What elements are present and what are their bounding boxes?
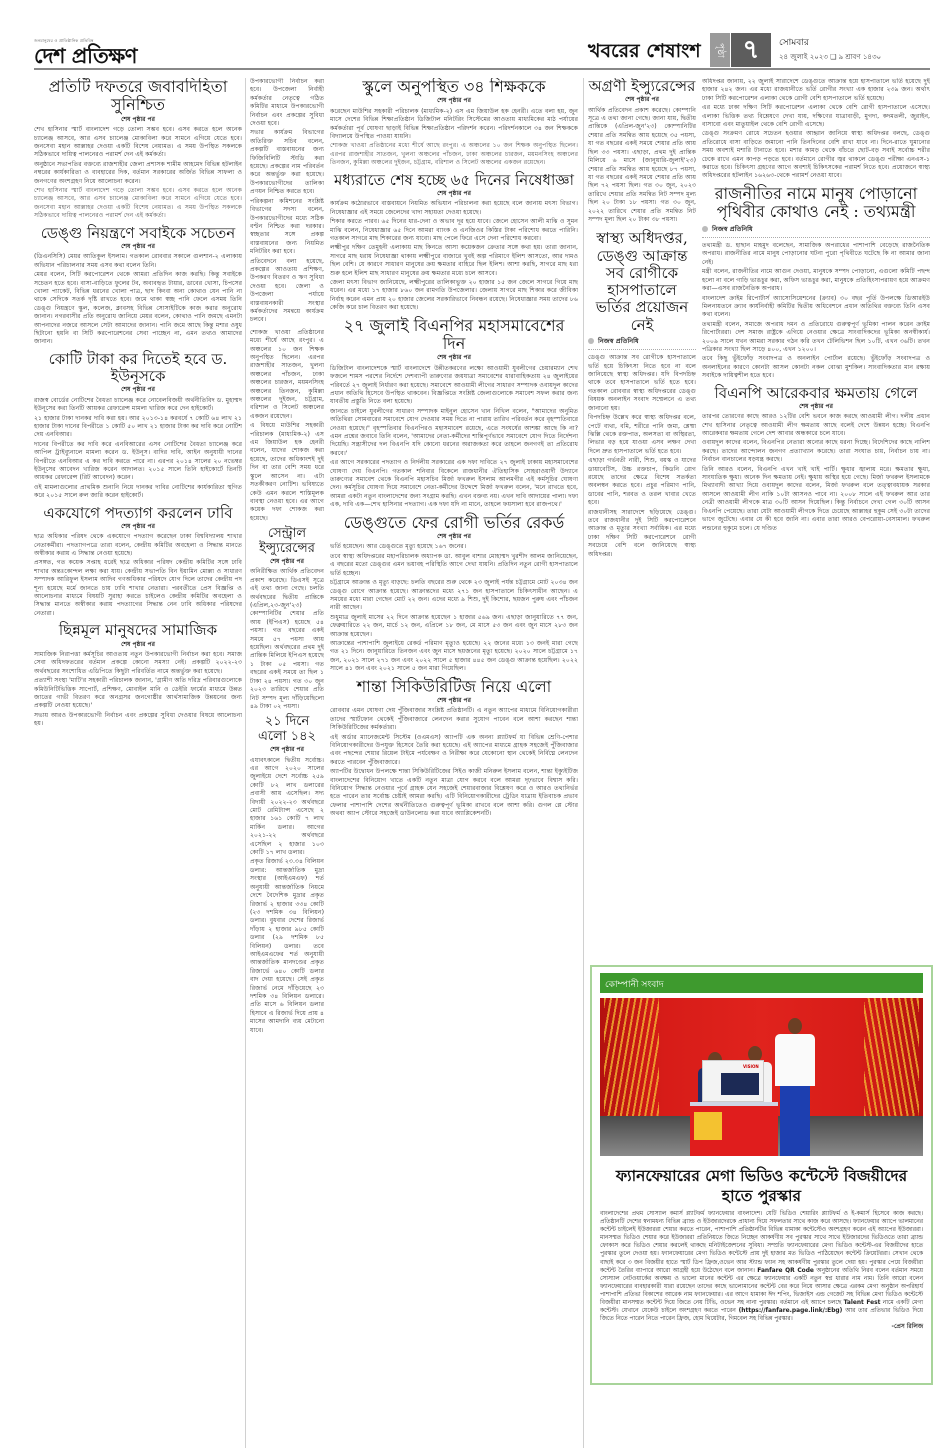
- issue-date: ২৪ জুলাই ২০২৩ ❑ ৯ শ্রাবণ ১৪৩০: [779, 51, 881, 63]
- paragraph: এযাবৎকালে দ্বিতীয় সর্বোচ্চ। এর আগে ২০২০…: [250, 757, 324, 858]
- column-divider: [583, 78, 584, 1448]
- newspaper-logo[interactable]: দেশ প্রতিক্ষণ: [34, 45, 334, 67]
- headline[interactable]: ২৭ জুলাই বিএনপির মহাসমাবেশের দিন: [330, 317, 578, 354]
- continued-label: শেষ পৃষ্ঠার পর: [330, 354, 578, 362]
- award-photo[interactable]: VISION: [600, 998, 923, 1156]
- headline[interactable]: শান্তা সিকিউরিটিজ নিয়ে এলো: [330, 678, 578, 696]
- oven-box: VISION: [702, 1060, 764, 1102]
- paragraph: শোকজ খাওয়া প্রতিষ্ঠানের মধ্যে শীর্ষে আছ…: [330, 142, 578, 167]
- article-bnp-power: বিএনপি আরেকবার ক্ষমতায় গেলে শেষ পৃষ্ঠার…: [702, 385, 930, 533]
- headline[interactable]: সেন্ট্রাল ইন্স্যুরেন্সের: [250, 527, 324, 557]
- paragraph: বাংলাদেশ ক্রাইম রিপোর্টার্স অ্যাসোসিয়েশ…: [702, 295, 930, 320]
- header-rule: [34, 68, 930, 70]
- paragraph: তারপর তোরণের কাছে আরও ১২টির বেশি ভবনে কা…: [702, 413, 930, 438]
- paragraph: ডেঙ্গু আক্রান্ত সব রোগীকে হাসপাতালে ভর্ত…: [588, 354, 696, 413]
- contest-link[interactable]: (https://fanfare.page.link/:Ebg): [739, 1308, 843, 1314]
- paragraph: করেছেন মাউশির সহকারী পরিচালক (মাধ্যমিক-২…: [330, 108, 578, 142]
- headline[interactable]: ২১ দিনে এলো ১৪২: [250, 715, 324, 745]
- article-shanta: শান্তা সিকিউরিটিজ নিয়ে এলো শেষ পৃষ্ঠার …: [330, 678, 578, 819]
- page-number: ৭: [731, 33, 771, 67]
- paragraph: সভার কার্যক্রম বিভাগের অতিরিক্ত সচিব বলে…: [250, 129, 324, 196]
- paragraph: আর্থিক প্রতিবেদন প্রকাশ করেছে। কোম্পানি …: [588, 107, 696, 225]
- continued-label: শেষ পৃষ্ঠার পর: [250, 558, 324, 566]
- paragraph: অনিরীক্ষিত আর্থিক প্রতিবেদন প্রকাশ করেছে…: [250, 568, 324, 711]
- paragraph: ছাত্র অধিকার পরিষদ থেকে একযোগে পদত্যাগ ক…: [34, 533, 242, 558]
- headline[interactable]: কোটি টাকা কর দিতেই হবে ড. ইউনূসকে: [34, 351, 242, 386]
- paragraph: তথ্যমন্ত্রী ড. হাছান মাহমুদ বলেছেন, সামা…: [702, 242, 930, 267]
- paragraph: উপকারভোগী নির্বাচন করা হবে। উপজেলা নির্ব…: [250, 78, 324, 128]
- column-divider: [245, 78, 246, 1448]
- article-dhabi: একযোগে পদত্যাগ করলেন ঢাবি শেষ পৃষ্ঠার পর…: [34, 505, 242, 619]
- paragraph: মন্ত্রী বলেন, রাজনীতির নামে আগুন দেওয়া,…: [702, 268, 930, 293]
- article-hilsa: মধ্যরাতে শেষ হচ্ছে ৬৫ দিনের নিষেধাজ্ঞা শ…: [330, 172, 578, 313]
- paragraph: কার্যক্রম কঠোরভাবে বাস্তবায়নে নিয়মিত অ…: [330, 200, 578, 217]
- continued-label: শেষ পৃষ্ঠার পর: [34, 523, 242, 531]
- decor-stripes: [864, 998, 919, 1116]
- headline[interactable]: একযোগে পদত্যাগ করলেন ঢাবি: [34, 505, 242, 522]
- press-credit: -প্রেস রিলিজ: [600, 1323, 923, 1331]
- paragraph: অ্যাপটির উদ্বোধন উপলক্ষে শান্তা সিকিউরিট…: [330, 768, 578, 818]
- paragraph: ডিজিটাল বাংলাদেশকে স্মার্ট বাংলাদেশে উন্…: [330, 365, 578, 407]
- paragraph: ওই মামলাগুলোর প্রাথমিক শুনানি নিয়ে দানক…: [34, 484, 242, 501]
- company-news-box: কোম্পানী সংবাদ VISION: [590, 965, 933, 1385]
- paragraph: শুধুমাত্র জুলাই মাসের ২২ দিনে আক্রান্ত হ…: [330, 614, 578, 639]
- article-dengue-sachetan: ডেঙ্গু নিয়ন্ত্রণে সবাইকে সচেতন শেষ পৃষ্…: [34, 225, 242, 347]
- paragraph: চট্টগ্রামে আক্রান্ত ও মৃত্যু বাড়ছে: চলত…: [330, 579, 578, 613]
- paragraph: এছাড়া গর্ভবতী নারী, শিশু, বয়স্ক ও যাদে…: [588, 457, 696, 507]
- article-body: বাংলাদেশের প্রথম সোস্যাল কমার্স প্ল্যাটফ…: [600, 1210, 923, 1331]
- paragraph: তথ্যমন্ত্রী বলেন, সমাজে অপরাধ দমন ও প্রত…: [702, 321, 930, 355]
- headline[interactable]: ছিন্নমূল মানুষদের সামাজিক: [34, 622, 242, 639]
- section-title: খবরের শেষাংশ: [588, 37, 701, 69]
- newspaper-page: জনমানুষের ও প্রাতিষ্ঠানিক প্রতিবিম্ব দেশ…: [0, 0, 945, 1452]
- paragraph: (ডিএনসিসি) মেয়র আতিকুল ইসলাম। গতকাল রোব…: [34, 253, 242, 270]
- column-4: অগ্রণী ইন্স্যুরেন্সের শেষ পৃষ্ঠার পর আর্…: [588, 78, 696, 958]
- paragraph: মেয়র বলেন, সিটি করপোরেশন থেকে আমরা প্রত…: [34, 271, 242, 347]
- masthead: জনমানুষের ও প্রাতিষ্ঠানিক প্রতিবিম্ব দেশ…: [34, 38, 334, 68]
- bullet-icon: [702, 226, 708, 232]
- article-remittance: ২১ দিনে এলো ১৪২ শেষ পৃষ্ঠার পর এযাবৎকালে…: [250, 715, 324, 1035]
- person-3: [775, 1018, 815, 1156]
- paragraph: রোববার এমন ঘোষণা দেয় পুঁজিবাজার সংশ্লিষ…: [330, 707, 578, 732]
- continued-label: শেষ পৃষ্ঠার পর: [330, 97, 578, 105]
- paragraph: তবে কিছু ভুঁইফোঁড় সংবাদপত্র ও অনলাইন পো…: [702, 355, 930, 380]
- paragraph: তিনি আরও বলেন, বিএনপি এখন খাই খাই পার্টি…: [702, 466, 930, 533]
- issue-day: সোমবার: [779, 35, 809, 50]
- paragraph: প্রতিবেদনে বলা হয়েছে, প্রকল্পের আওতায় …: [250, 258, 324, 325]
- paragraph: ওবায়দুল কাদের বলেন, বিএনপির নেতারা অন্য…: [702, 439, 930, 464]
- paragraph: ভর্তি হয়েছেন। আর ডেঙ্গুতে মৃত্যু হয়েছে…: [330, 543, 578, 551]
- article-school-continued: শোকজ খাওয়া প্রতিষ্ঠানের মধ্যে শীর্ষে আছ…: [250, 329, 324, 523]
- paragraph: অধিদপ্তর জানায়, ২২ জুলাই সারাদেশে ডেঙ্গ…: [702, 78, 930, 103]
- paragraph: প্রত্যাশী সংস্থা 'মাটি'র সহকারী পরিচালক …: [34, 677, 242, 711]
- headline[interactable]: মধ্যরাতে শেষ হচ্ছে ৬৫ দিনের নিষেধাজ্ঞা: [330, 172, 578, 189]
- paragraph: ২১ হাজার টাকা দানকর দাবি করা হয়। আর ২০১…: [34, 415, 242, 440]
- paragraph: শোকজ খাওয়া প্রতিষ্ঠানের মধ্যে শীর্ষে আছ…: [250, 329, 324, 421]
- paragraph: শেখ হাসিনার স্মার্ট বাংলাদেশ গড়ে তোলা স…: [34, 187, 242, 221]
- article-agrani: অগ্রণী ইন্স্যুরেন্সের শেষ পৃষ্ঠার পর আর্…: [588, 78, 696, 224]
- paragraph: প্রকৃত রিজার্ভ ২৩.৩৪ বিলিয়ন ডলার: আন্তর…: [250, 858, 324, 1035]
- column-2: উপকারভোগী নির্বাচন করা হবে। উপজেলা নির্ব…: [250, 78, 324, 1448]
- article-chhinnomul: ছিন্নমূল মানুষদের সামাজিক শেষ পৃষ্ঠার পর…: [34, 622, 242, 728]
- paragraph: সভায় আরও উপকারভোগী নির্বাচন এবং প্রকল্প…: [34, 712, 242, 729]
- continued-label: শেষ পৃষ্ঠার পর: [588, 96, 696, 104]
- paragraph: এ বিষয়ে মাউশির সহকারী পরিচালক (মাধ্যমিক…: [250, 422, 324, 523]
- article-health-dept: স্বাস্থ্য অধিদপ্তর, ডেঙ্গু আক্রান্ত সব র…: [588, 230, 696, 559]
- article-upokar-continued: উপকারভোগী নির্বাচন করা হবে। উপজেলা নির্ব…: [250, 78, 324, 325]
- column-1: প্রতিটি দফতরে জবাবদিহিতা সুনিশ্চিত শেষ প…: [34, 78, 242, 1448]
- headline[interactable]: ফ্যানফেয়ারের মেগা ভিডিও কন্টেস্টে বিজয়…: [600, 1166, 923, 1206]
- article-dengue-record: ডেঙ্গুতে ফের রোগী ভর্তির রেকর্ড শেষ পৃষ্…: [330, 514, 578, 674]
- headline[interactable]: স্বাস্থ্য অধিদপ্তর, ডেঙ্গু আক্রান্ত সব র…: [588, 230, 696, 334]
- paragraph: শিকার করতে পারব। ৬৫ দিনের ধার-দেনা ও অভা…: [330, 218, 578, 243]
- byline: নিজস্ব প্রতিনিধি: [702, 225, 930, 238]
- paragraph: এর আগে সরকারের পদত্যাগ ও নির্দলীয় সরকার…: [330, 459, 578, 509]
- continued-label: শেষ পৃষ্ঠার পর: [702, 403, 930, 411]
- continued-label: শেষ পৃষ্ঠার পর: [34, 386, 242, 394]
- paragraph: পরিকল্পনা কমিশনের সংশ্লিষ্ট বিভাগের সদস্…: [250, 198, 324, 257]
- paragraph: জেলা মৎস্য বিভাগ জানিয়েছে, লক্ষ্মীপুরের…: [330, 279, 578, 313]
- deep-freezer: [690, 1102, 778, 1156]
- headline[interactable]: স্কুলে অনুপস্থিত ৩৪ শিক্ষককে: [330, 78, 578, 96]
- headline[interactable]: ডেঙ্গুতে ফের রোগী ভর্তির রেকর্ড: [330, 514, 578, 532]
- paragraph: এই অর্ডার ম্যানেজমেন্ট সিস্টেম (ওএমএস) অ…: [330, 734, 578, 768]
- decor-stripes: [604, 998, 659, 1116]
- paragraph: প্রসঙ্গত, গত কয়েক সপ্তাহ ধরেই ছাত্র অধি…: [34, 559, 242, 618]
- paragraph: ডেঙ্গু সংক্রমণ রোধে সচেতন হওয়ার আহ্বান …: [702, 130, 930, 180]
- continued-label: শেষ পৃষ্ঠার পর: [330, 697, 578, 705]
- paragraph: তবে স্বাস্থ্য অধিদপ্তরের মহাপরিচালক অধ্য…: [330, 553, 578, 578]
- article-jobabdihita: প্রতিটি দফতরে জবাবদিহিতা সুনিশ্চিত শেষ প…: [34, 78, 242, 221]
- continued-label: শেষ পৃষ্ঠার পর: [34, 243, 242, 251]
- headline[interactable]: বিএনপি আরেকবার ক্ষমতায় গেলে: [702, 385, 930, 402]
- paragraph: লক্ষ্মীপুর দক্ষিণ তেমুহনী এলাকায় মাছ কি…: [330, 244, 578, 278]
- article-info-minister: রাজনীতির নামে মানুষ পোড়ানো পৃথিবীর কোথা…: [702, 185, 930, 381]
- paragraph: রাজস্ব বোর্ডের নোটিশের বৈধতা চ্যালেঞ্জ ক…: [34, 397, 242, 414]
- column-3: স্কুলে অনুপস্থিত ৩৪ শিক্ষককে শেষ পৃষ্ঠার…: [330, 78, 578, 1448]
- brand-label: VISION: [743, 1064, 759, 1069]
- article-yunus: কোটি টাকা কর দিতেই হবে ড. ইউনূসকে শেষ পৃ…: [34, 351, 242, 501]
- continued-label: শেষ পৃষ্ঠার পর: [330, 190, 578, 198]
- paragraph: রাজধানীসহ সারাদেশে ছড়িয়েছে ডেঙ্গু। তবে…: [588, 509, 696, 559]
- article-school-absent: স্কুলে অনুপস্থিত ৩৪ শিক্ষককে শেষ পৃষ্ঠার…: [330, 78, 578, 168]
- headline[interactable]: ডেঙ্গু নিয়ন্ত্রণে সবাইকে সচেতন: [34, 225, 242, 242]
- headline[interactable]: প্রতিটি দফতরে জবাবদিহিতা সুনিশ্চিত: [34, 78, 242, 115]
- paragraph: দানের বিপরীতে কর দাবি করে এনবিআরের এসব ন…: [34, 441, 242, 483]
- paragraph: অনুষ্ঠানে সভাপতির বক্তব্যে রাজশাহীর জেলা…: [34, 161, 242, 186]
- paragraph: এর মধ্যে ঢাকা দক্ষিণ সিটি করপোরেশন এলাকা…: [702, 104, 930, 129]
- continued-label: শেষ পৃষ্ঠার পর: [34, 116, 242, 124]
- page-label: পৃষ্ঠা: [710, 33, 730, 67]
- article-health-continued: অধিদপ্তর জানায়, ২২ জুলাই সারাদেশে ডেঙ্গ…: [702, 78, 930, 181]
- article-bnp-rally: ২৭ জুলাই বিএনপির মহাসমাবেশের দিন শেষ পৃষ…: [330, 317, 578, 510]
- paragraph: বিপদচিহ্ন উল্লেখ করে স্বাস্থ্য অধিদপ্তর …: [588, 414, 696, 456]
- paragraph: আক্রান্তের পাশাপাশি জুলাইয়ে রেকর্ড পরিম…: [330, 640, 578, 674]
- company-news-label: কোম্পানী সংবাদ: [600, 973, 923, 993]
- continued-label: শেষ পৃষ্ঠার পর: [250, 746, 324, 754]
- headline[interactable]: রাজনীতির নামে মানুষ পোড়ানো পৃথিবীর কোথা…: [702, 185, 930, 222]
- paragraph: শেখ হাসিনার স্মার্ট বাংলাদেশ গড়ে তোলা স…: [34, 126, 242, 160]
- column-5: অধিদপ্তর জানায়, ২২ জুলাই সারাদেশে ডেঙ্গ…: [702, 78, 930, 958]
- article-central-insurance: সেন্ট্রাল ইন্স্যুরেন্সের শেষ পৃষ্ঠার পর …: [250, 527, 324, 711]
- continued-label: শেষ পৃষ্ঠার পর: [330, 533, 578, 541]
- continued-label: শেষ পৃষ্ঠার পর: [34, 641, 242, 649]
- paragraph: জানতে চাইলে যুবলীগের সাধারণ সম্পাদক মাইন…: [330, 408, 578, 458]
- headline[interactable]: অগ্রণী ইন্স্যুরেন্সের: [588, 78, 696, 95]
- paragraph: সামাজিক নিরাপত্তা কর্মসূচির আওতায় নতুন …: [34, 651, 242, 676]
- byline: নিজস্ব প্রতিনিধি: [588, 337, 696, 350]
- bullet-icon: [588, 338, 594, 344]
